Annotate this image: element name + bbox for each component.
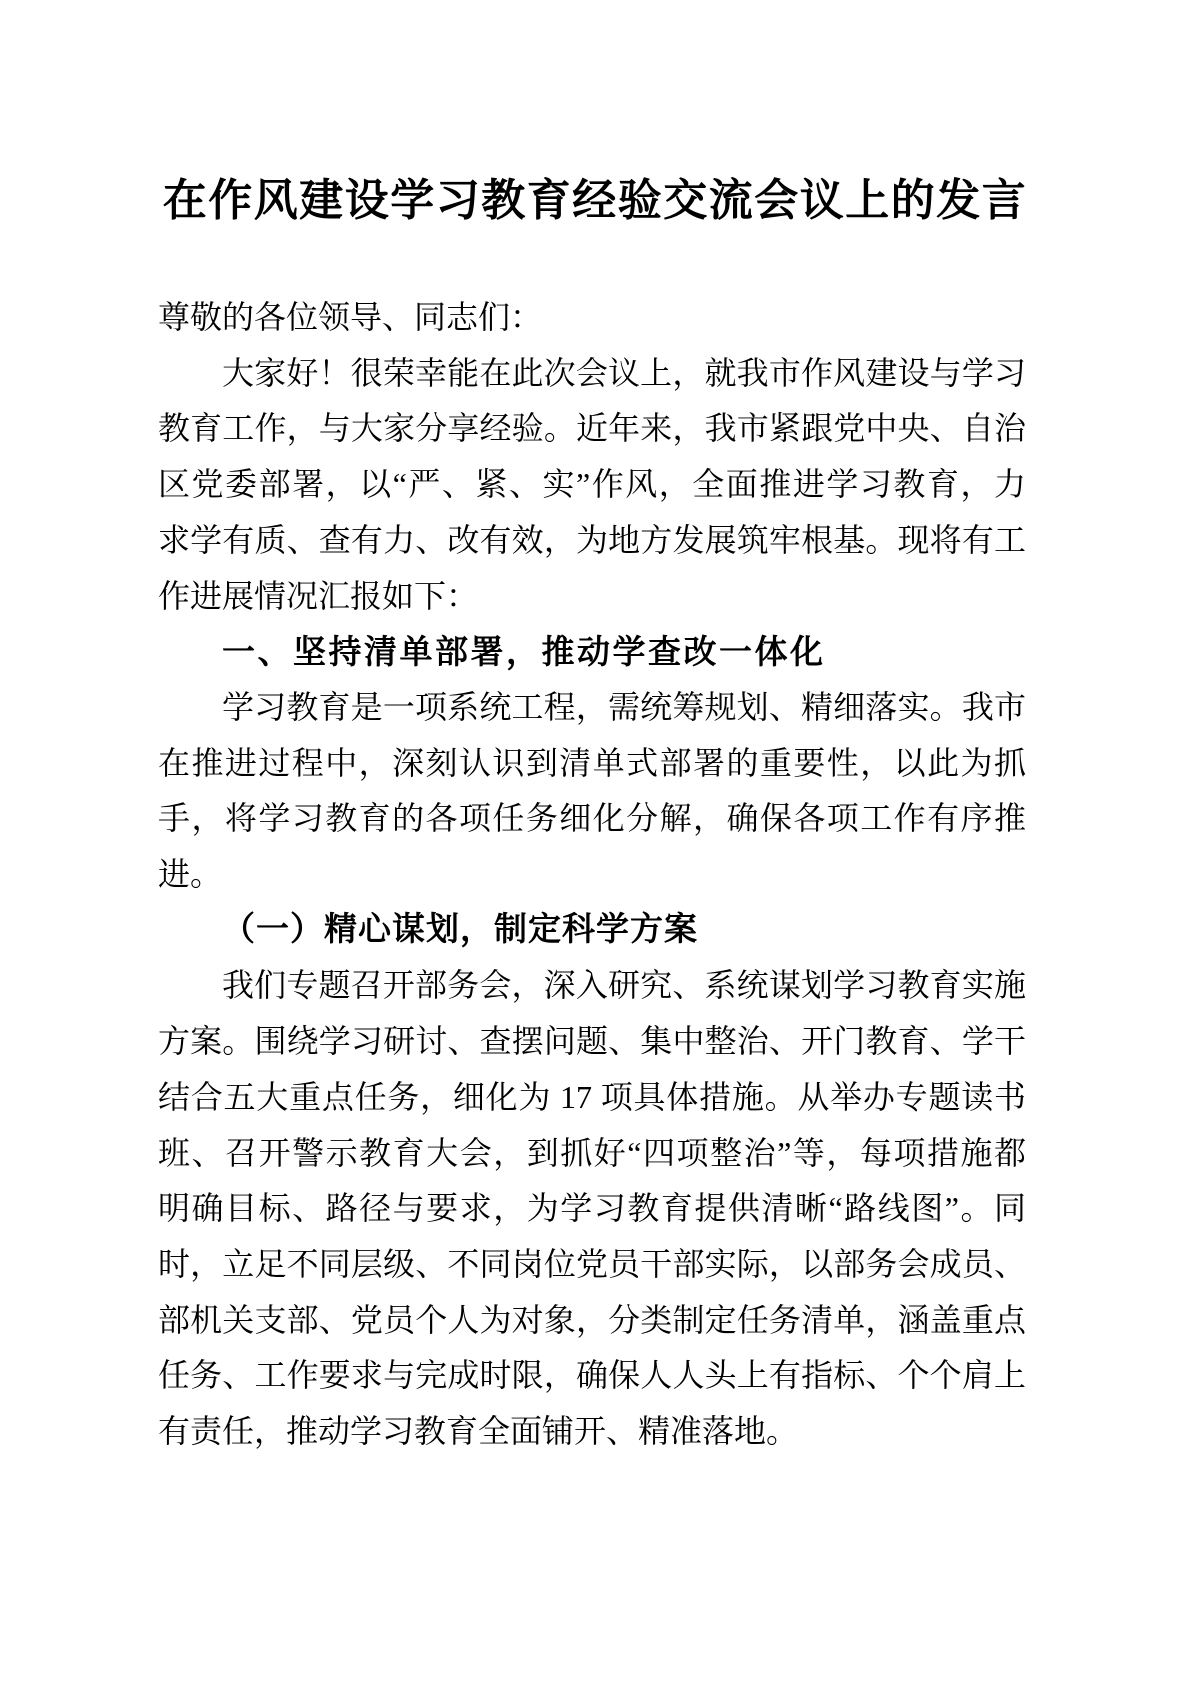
text-line: 班、召开警示教育大会，到抓好“四项整治”等，每项措施都 [158, 1126, 1026, 1182]
document-page: 在作风建设学习教育经验交流会议上的发言 尊敬的各位领导、同志们：大家好！很荣幸能… [0, 0, 1190, 1683]
text-line: 我们专题召开部务会，深入研究、系统谋划学习教育实施 [158, 958, 1026, 1014]
text-line: 结合五大重点任务，细化为 17 项具体措施。从举办专题读书 [158, 1070, 1026, 1126]
text-line: 在推进过程中，深刻认识到清单式部署的重要性，以此为抓 [158, 736, 1026, 792]
text-line: 方案。围绕学习研讨、查摆问题、集中整治、开门教育、学干 [158, 1014, 1026, 1070]
document-body: 尊敬的各位领导、同志们：大家好！很荣幸能在此次会议上，就我市作风建设与学习教育工… [158, 290, 1026, 1460]
document-title: 在作风建设学习教育经验交流会议上的发言 [0, 0, 1190, 230]
text-line: 区党委部署，以“严、紧、实”作风，全面推进学习教育，力 [158, 457, 1026, 513]
text-line: 明确目标、路径与要求，为学习教育提供清晰“路线图”。同 [158, 1181, 1026, 1237]
text-line: 进。 [158, 847, 1026, 903]
text-line: 求学有质、查有力、改有效，为地方发展筑牢根基。现将有工 [158, 513, 1026, 569]
section-heading: 一、坚持清单部署，推动学查改一体化 [158, 624, 1026, 680]
text-line: 教育工作，与大家分享经验。近年来，我市紧跟党中央、自治 [158, 401, 1026, 457]
text-line: 部机关支部、党员个人为对象，分类制定任务清单，涵盖重点 [158, 1293, 1026, 1349]
text-line: 手，将学习教育的各项任务细化分解，确保各项工作有序推 [158, 791, 1026, 847]
text-line: 时，立足不同层级、不同岗位党员干部实际，以部务会成员、 [158, 1237, 1026, 1293]
text-line: 尊敬的各位领导、同志们： [158, 290, 1026, 346]
text-line: 大家好！很荣幸能在此次会议上，就我市作风建设与学习 [158, 346, 1026, 402]
text-line: 作进展情况汇报如下： [158, 569, 1026, 625]
text-line: 有责任，推动学习教育全面铺开、精准落地。 [158, 1404, 1026, 1460]
sub-section-heading: （一）精心谋划，制定科学方案 [158, 903, 1026, 959]
text-line: 学习教育是一项系统工程，需统筹规划、精细落实。我市 [158, 680, 1026, 736]
text-line: 任务、工作要求与完成时限，确保人人头上有指标、个个肩上 [158, 1348, 1026, 1404]
